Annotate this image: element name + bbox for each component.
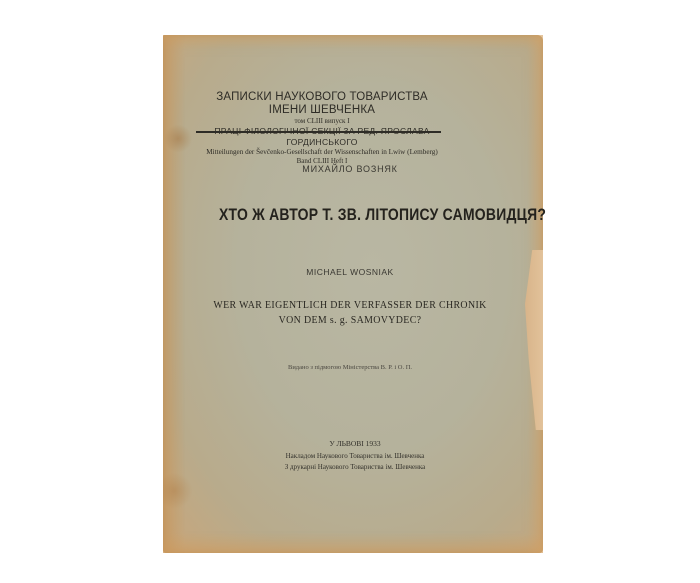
title-german-line2: VON DEM s. g. SAMOVYDEC? [206,313,494,328]
series-german: Mitteilungen der Ševčenko-Gesellschaft d… [196,148,448,157]
volume-info: том CLIII випуск І [196,117,448,126]
author-ukrainian: МИХАЙЛО ВОЗНЯК [200,164,500,174]
title-ukrainian: ХТО Ж АВТОР Т. ЗВ. ЛІТОПИСУ САМОВИДЦЯ? [219,205,483,225]
title-german: WER WAR EIGENTLICH DER VERFASSER DER CHR… [206,298,494,328]
printer: З друкарні Наукового Товариства ім. Шевч… [220,462,490,473]
header-rule [196,131,441,133]
series-header: ЗАПИСКИ НАУКОВОГО ТОВАРИСТВА ІМЕНИ ШЕВЧЕ… [196,91,448,166]
publisher: Накладом Наукового Товариства ім. Шевчен… [220,451,490,462]
permission-note: Видано з підмогою Міністерства В. Р. і О… [220,364,480,371]
author-german: MICHAEL WOSNIAK [200,267,500,277]
place-year: У ЛЬВОВІ 1933 [220,437,490,451]
section-info: ПРАЦІ ФІЛОЛОГІЧНОЇ СЕКЦІЇ ЗА РЕД. ЯРОСЛА… [196,126,448,148]
series-title: ЗАПИСКИ НАУКОВОГО ТОВАРИСТВА ІМЕНИ ШЕВЧЕ… [196,91,448,117]
title-german-line1: WER WAR EIGENTLICH DER VERFASSER DER CHR… [206,298,494,313]
imprint: У ЛЬВОВІ 1933 Накладом Наукового Товарис… [220,437,490,473]
